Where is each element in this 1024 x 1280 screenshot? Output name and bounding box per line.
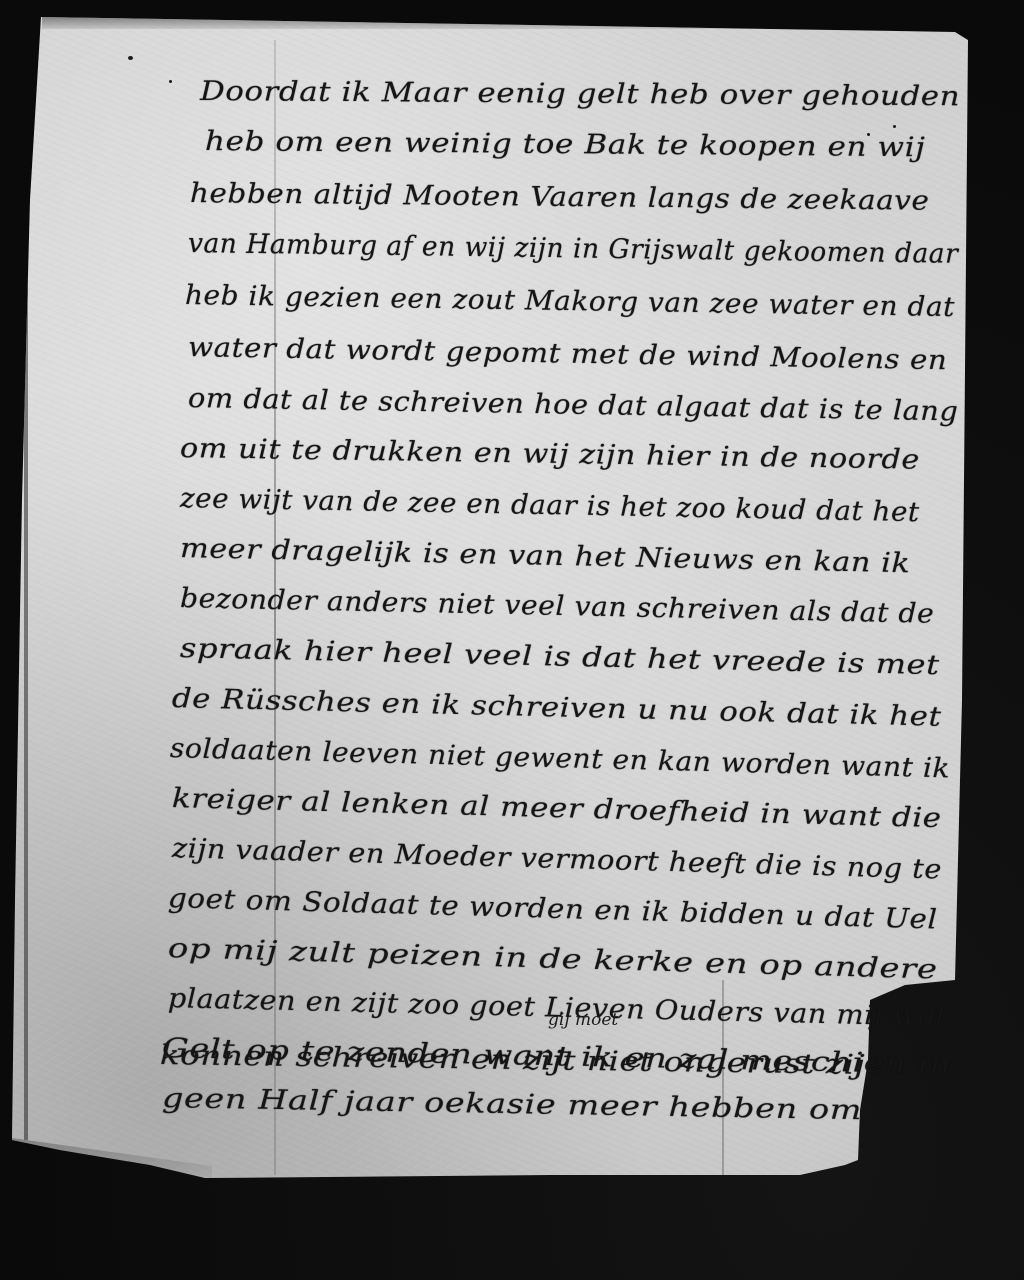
letter-line: meer dragelijk is en van het Nieuws en k… — [180, 533, 911, 579]
letter-line: om uit te drukken en wij zijn hier in de… — [180, 433, 920, 476]
letter-line: de Rüssches en ik schreiven u nu ook dat… — [172, 683, 942, 733]
letter-line: water dat wordt gepomt met de wind Moole… — [188, 332, 948, 376]
interlinear-insertion: gij moet — [548, 1010, 618, 1030]
letter-line: bezonder anders niet veel van schreiven … — [180, 583, 935, 630]
letter-line: Doordat ik Maar eenig gelt heb over geho… — [200, 76, 960, 112]
letter-line: geen Half jaar oekasie meer hebben om — [162, 1083, 863, 1126]
letter-line: kreiger al lenken al meer droefheid in w… — [172, 783, 942, 834]
letter-line: heb ik gezien een zout Makorg van zee wa… — [185, 280, 955, 323]
letter-line: goet om Soldaat te worden en ik bidden u… — [168, 883, 938, 935]
letter-line: hebben altijd Mooten Vaaren langs de zee… — [190, 178, 930, 217]
document-scan: Doordat ik Maar eenig gelt heb over geho… — [0, 0, 1024, 1280]
letter-line: om dat al te schreiven hoe dat algaat da… — [188, 383, 959, 427]
letter-line: zee wijt van de zee en daar is het zoo k… — [180, 483, 920, 528]
letter-line: van Hamburg af en wij zijn in Grijswalt … — [188, 228, 959, 270]
letter-line: soldaaten leeven niet gewent en kan word… — [170, 733, 951, 784]
letter-line: op mij zult peizen in de kerke en op and… — [168, 933, 938, 985]
letter-text: Doordat ik Maar eenig gelt heb over geho… — [0, 0, 1024, 1280]
letter-line: spraak hier heel veel is dat het vreede … — [180, 633, 940, 681]
letter-line: heb om een weinig toe Bak te koopen en w… — [205, 126, 926, 163]
letter-line: zijn vaader en Moeder vermoort heeft die… — [172, 833, 943, 885]
